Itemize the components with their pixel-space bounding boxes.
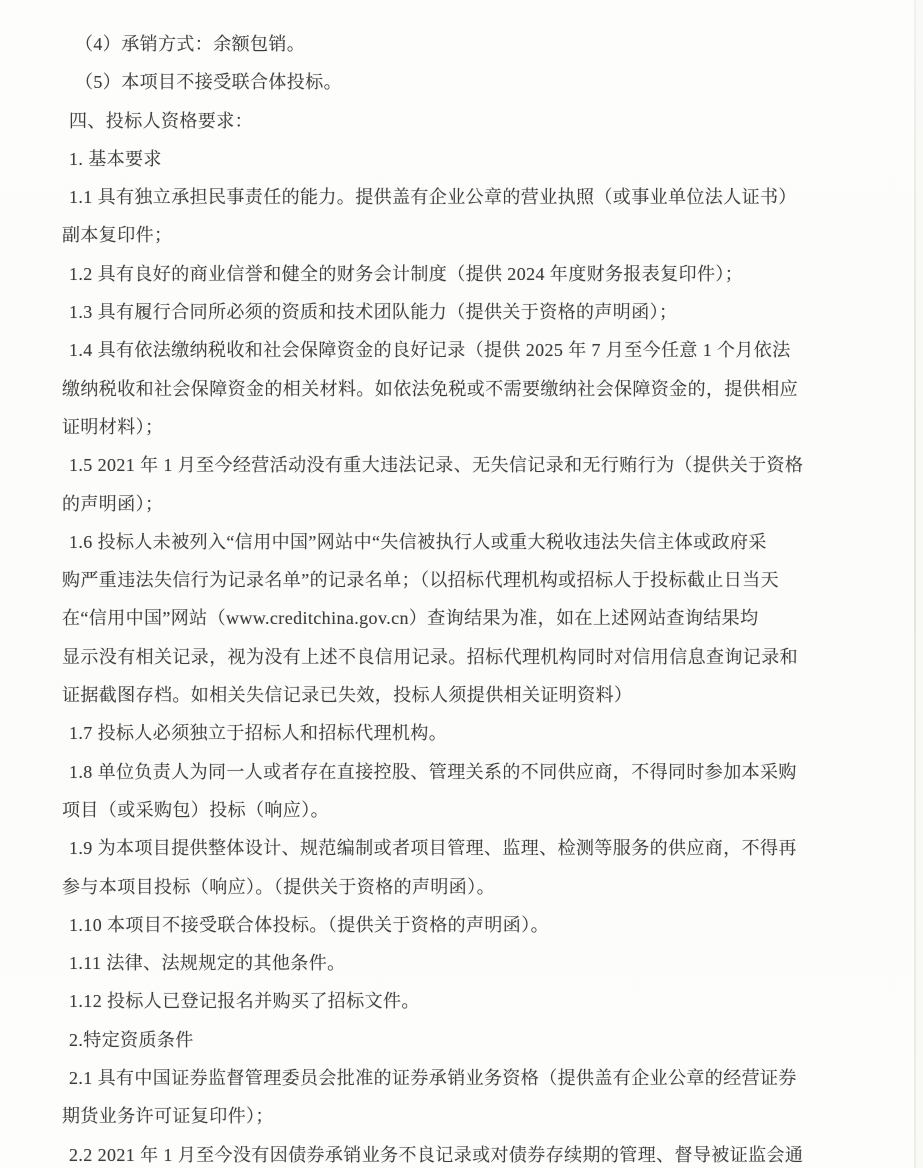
document-line: 1. 基本要求 (62, 140, 802, 178)
document-line: 在“信用中国”网站（www.creditchina.gov.cn）查询结果为准，… (62, 599, 802, 637)
document-line: 项目（或采购包）投标（响应）。 (62, 791, 802, 829)
scanned-document-page: （4）承销方式：余额包销。（5）本项目不接受联合体投标。四、投标人资格要求：1.… (0, 0, 923, 1168)
document-line: 的声明函）； (62, 485, 802, 523)
document-line: 1.10 本项目不接受联合体投标。（提供关于资格的声明函）。 (62, 906, 802, 944)
document-line: 证据截图存档。如相关失信记录已失效，投标人须提供相关证明资料） (62, 676, 802, 714)
scan-edge-shade (916, 0, 923, 1168)
document-line: 四、投标人资格要求： (62, 102, 802, 140)
document-line: 1.6 投标人未被列入“信用中国”网站中“失信被执行人或重大税收违法失信主体或政… (62, 523, 802, 561)
document-line: （5）本项目不接受联合体投标。 (62, 63, 802, 101)
document-line: 副本复印件； (62, 216, 802, 254)
document-line: 1.5 2021 年 1 月至今经营活动没有重大违法记录、无失信记录和无行贿行为… (62, 446, 802, 484)
document-line: 1.9 为本项目提供整体设计、规范编制或者项目管理、监理、检测等服务的供应商，不… (62, 829, 802, 867)
document-line: 1.1 具有独立承担民事责任的能力。提供盖有企业公章的营业执照（或事业单位法人证… (62, 178, 802, 216)
document-line: 1.7 投标人必须独立于招标人和招标代理机构。 (62, 714, 802, 752)
document-line: 1.4 具有依法缴纳税收和社会保障资金的良好记录（提供 2025 年 7 月至今… (62, 331, 802, 369)
document-line: （4）承销方式：余额包销。 (62, 25, 802, 63)
document-line: 2.1 具有中国证券监督管理委员会批准的证券承销业务资格（提供盖有企业公章的经营… (62, 1059, 802, 1097)
document-line: 1.2 具有良好的商业信誉和健全的财务会计制度（提供 2024 年度财务报表复印… (62, 255, 802, 293)
document-line: 2.2 2021 年 1 月至今没有因债券承销业务不良记录或对债券存续期的管理、… (62, 1136, 802, 1168)
document-line: 证明材料）； (62, 408, 802, 446)
document-line: 缴纳税收和社会保障资金的相关材料。如依法免税或不需要缴纳社会保障资金的，提供相应 (62, 370, 802, 408)
document-line: 显示没有相关记录，视为没有上述不良信用记录。招标代理机构同时对信用信息查询记录和 (62, 638, 802, 676)
document-line: 2.特定资质条件 (62, 1021, 802, 1059)
document-line: 参与本项目投标（响应）。（提供关于资格的声明函）。 (62, 868, 802, 906)
document-line: 1.12 投标人已登记报名并购买了招标文件。 (62, 982, 802, 1020)
document-line: 1.8 单位负责人为同一人或者存在直接控股、管理关系的不同供应商，不得同时参加本… (62, 753, 802, 791)
document-text: （4）承销方式：余额包销。（5）本项目不接受联合体投标。四、投标人资格要求：1.… (62, 25, 802, 1168)
scan-edge-line (914, 0, 916, 1168)
document-line: 1.11 法律、法规规定的其他条件。 (62, 944, 802, 982)
document-line: 购严重违法失信行为记录名单”的记录名单；（以招标代理机构或招标人于投标截止日当天 (62, 561, 802, 599)
document-line: 期货业务许可证复印件）； (62, 1097, 802, 1135)
document-line: 1.3 具有履行合同所必须的资质和技术团队能力（提供关于资格的声明函）； (62, 293, 802, 331)
